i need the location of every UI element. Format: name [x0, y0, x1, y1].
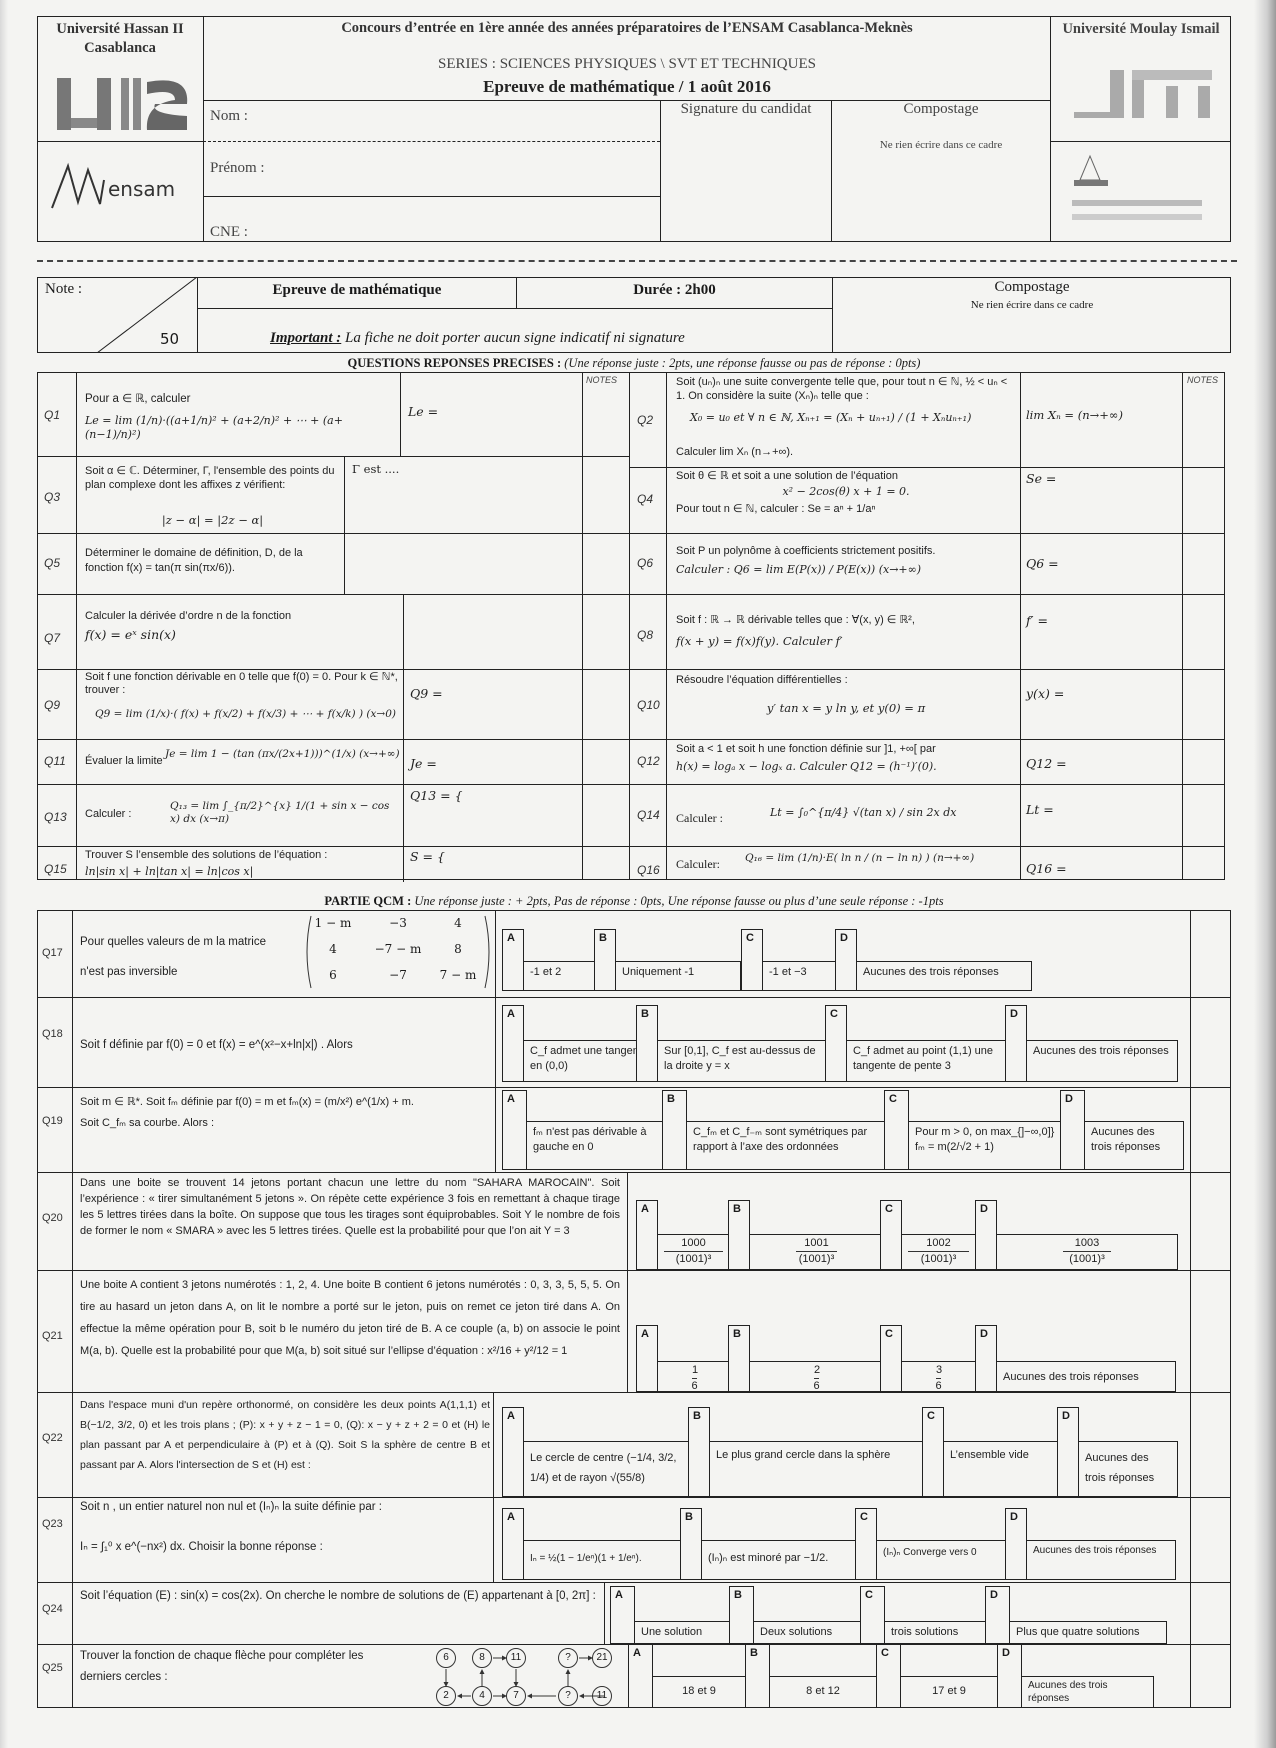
q8-text: Soit f : ℝ → ℝ dérivable telles que : ∀(…	[676, 613, 1016, 628]
q20-option-d: 1003(1001)³	[996, 1234, 1178, 1270]
q25-arrow-diagram: 6 8 11 ? 21 2 4 7 ? 11	[436, 1648, 616, 1708]
diagram-node: 11	[506, 1648, 526, 1668]
q20-option-c-checkbox[interactable]: C	[880, 1200, 902, 1270]
q17-option-b-checkbox[interactable]: B	[594, 929, 616, 991]
q23-option-c: (Iₙ)ₙ Converge vers 0	[876, 1540, 1008, 1580]
q2-text2: Calculer lim Xₙ (n→+∞).	[676, 445, 1006, 460]
nom-label: Nom :	[210, 108, 248, 125]
q22-option-a-checkbox[interactable]: A	[502, 1407, 524, 1497]
grade-subject: Epreuve de mathématique	[198, 282, 516, 299]
q20-option-b-checkbox[interactable]: B	[728, 1200, 750, 1270]
q7-formula: f(x) = eˣ sin(x)	[85, 627, 340, 642]
q17-matrix: 1 − m −3 4 4 −7 − m 8 6 −7 7 − m	[303, 912, 493, 992]
q10-formula: y′ tan x = y ln y, et y(0) = π	[676, 701, 1016, 716]
important-notice: Important : La fiche ne doit porter aucu…	[270, 330, 685, 347]
q4-answer-field[interactable]	[1024, 490, 1179, 530]
q13-answer-label: Q13 = {	[410, 788, 463, 803]
q24-option-b-checkbox[interactable]: B	[729, 1586, 754, 1644]
signature-label: Signature du candidat	[661, 101, 831, 118]
exam-subject-date: Epreuve de mathématique / 1 août 2016	[204, 77, 1050, 97]
q20-option-a-checkbox[interactable]: A	[636, 1200, 658, 1270]
q10-answer-label: y(x) =	[1026, 686, 1064, 701]
q17-option-c: -1 et −3	[762, 961, 836, 991]
q9-answer-label: Q9 =	[410, 686, 443, 701]
q2-formula: X₀ = u₀ et ∀ n ∈ ℕ, Xₙ₊₁ = (Xₙ + uₙ₊₁) /…	[690, 410, 1010, 425]
q22-option-a: Le cercle de centre (−1/4, 3/2, 1/4) et …	[523, 1441, 699, 1497]
q2-answer-field[interactable]	[1024, 430, 1179, 464]
q24-option-d: Plus que quatre solutions	[1009, 1621, 1167, 1644]
q13-formula: Q₁₃ = lim ∫_{π/2}^{x} 1/(1 + sin x − cos…	[170, 800, 400, 826]
q1-answer-field[interactable]	[450, 376, 578, 454]
q23-option-b: (Iₙ)ₙ est minoré par −1/2.	[701, 1540, 859, 1580]
q17-option-a-checkbox[interactable]: A	[502, 929, 524, 991]
q20-option-a: 1000(1001)³	[657, 1234, 730, 1270]
signature-field[interactable]	[665, 124, 827, 238]
cne-label: CNE :	[210, 224, 248, 241]
q5-answer-field[interactable]	[350, 538, 578, 590]
q19-option-c: Pour m > 0, on max_{]−∞,0]} fₘ = m(2/√2 …	[908, 1121, 1062, 1170]
q14-answer-field[interactable]	[1070, 790, 1178, 844]
q25-option-c-checkbox[interactable]: C	[876, 1644, 901, 1708]
q25-option-d-checkbox[interactable]: D	[997, 1644, 1022, 1708]
uh2-logo	[55, 74, 195, 136]
q21-option-c: 36	[901, 1361, 976, 1392]
q21-option-b-checkbox[interactable]: B	[728, 1325, 750, 1392]
note-label: Note :	[45, 281, 82, 298]
q4-formula: x² − 2cos(θ) x + 1 = 0.	[676, 484, 1016, 499]
q22-option-d: Aucunes des trois réponses	[1078, 1441, 1178, 1497]
q5-text: Déterminer le domaine de définition, D, …	[85, 546, 340, 576]
q23-option-b-checkbox[interactable]: B	[680, 1508, 702, 1580]
q17-text2: n'est pas inversible	[80, 965, 177, 980]
q6-answer-field[interactable]	[1070, 540, 1178, 590]
q18-option-c: C_f admet au point (1,1) une tangente de…	[846, 1040, 1006, 1082]
diagram-node: ?	[558, 1686, 578, 1706]
q22-option-c: L’ensemble vide	[943, 1441, 1073, 1497]
q15-text: Trouver S l’ensemble des solutions de l’…	[85, 848, 400, 863]
university-right: Université Moulay Ismail	[1051, 20, 1231, 39]
q14-text: Calculer :	[676, 811, 756, 826]
q21-option-b: 26	[749, 1361, 884, 1392]
qrp-title: QUESTIONS REPONSES PRECISES : (Une répon…	[37, 356, 1231, 371]
q21-text: Une boite A contient 3 jetons numérotés …	[80, 1274, 620, 1362]
q19-option-a: fₘ n'est pas dérivable à gauche en 0	[526, 1121, 670, 1170]
university-left: Université Hassan II Casablanca	[40, 20, 200, 58]
diagram-node: 2	[436, 1686, 456, 1706]
q19-option-d-checkbox[interactable]: D	[1060, 1090, 1085, 1170]
q6-text: Soit P un polynôme à coefficients strict…	[676, 544, 1016, 559]
compostage-note: Ne rien écrire dans ce cadre	[832, 139, 1050, 151]
q18-option-d: Aucunes des trois réponses	[1026, 1040, 1178, 1082]
q24-option-c: trois solutions	[884, 1621, 986, 1644]
q23-text2: Iₙ = ∫₁⁰ x e^(−nx²) dx. Choisir la bonne…	[80, 1540, 490, 1555]
q21-option-a: 16	[657, 1361, 732, 1392]
cut-line	[37, 260, 1237, 262]
prenom-field[interactable]	[280, 145, 655, 193]
diagram-node: 7	[506, 1686, 526, 1706]
q19-option-c-checkbox[interactable]: C	[884, 1090, 909, 1170]
q23-text: Soit n , un entier naturel non nul et (I…	[80, 1500, 490, 1515]
q23-option-d: Aucunes des trois réponses	[1026, 1540, 1176, 1580]
q1-text: Pour a ∈ ℝ, calculer	[85, 392, 395, 407]
qrp-title-label: QUESTIONS REPONSES PRECISES :	[348, 356, 562, 370]
svg-text:ensam: ensam	[108, 177, 175, 201]
nom-field[interactable]	[275, 102, 655, 138]
q16-answer-label: Q16 =	[1026, 861, 1067, 876]
q24-option-c-checkbox[interactable]: C	[860, 1586, 885, 1644]
qcm-title-label: PARTIE QCM :	[324, 894, 411, 908]
q25-text: Trouver la fonction de chaque flèche pou…	[80, 1646, 380, 1688]
q18-option-c-checkbox[interactable]: C	[825, 1005, 847, 1082]
q3-answer-label: Γ est ....	[352, 462, 399, 476]
q9-text: Soit f une fonction dérivable en 0 telle…	[85, 671, 400, 697]
q16-formula: Q₁₆ = lim (1/n)·E( ln n / (n − ln n) ) (…	[745, 852, 1015, 865]
q20-text: Dans une boite se trouvent 14 jetons por…	[80, 1175, 620, 1239]
compostage-label: Compostage	[832, 101, 1050, 118]
qcm-title: PARTIE QCM : Une réponse juste : + 2pts,…	[37, 894, 1231, 909]
q4-text: Soit θ ∈ ℝ et soit a une solution de l’é…	[676, 469, 1016, 483]
q22-text: Dans l'espace muni d'un repère orthonorm…	[80, 1395, 490, 1475]
q22-option-b: Le plus grand cercle dans la sphère	[709, 1441, 924, 1497]
q21-option-c-checkbox[interactable]: C	[880, 1325, 902, 1392]
q12-answer-label: Q12 =	[1026, 756, 1067, 771]
q9-formula: Q9 = lim (1/x)·( f(x) + f(x/2) + f(x/3) …	[95, 708, 400, 721]
q2-answer-label: lim Xₙ = (n→+∞)	[1026, 408, 1123, 422]
q25-option-a-checkbox[interactable]: A	[628, 1644, 653, 1708]
q18-option-b: Sur [0,1], C_f est au-dessus de la droit…	[657, 1040, 827, 1082]
prenom-label: Prénom :	[210, 160, 265, 177]
q25-option-d: Aucunes des trois réponses	[1021, 1676, 1154, 1708]
q7-answer-field[interactable]	[350, 598, 578, 666]
q25-option-a: 18 et 9	[652, 1676, 746, 1708]
q24-option-b: Deux solutions	[753, 1621, 863, 1644]
qrp-rules: (Une réponse juste : 2pts, une réponse f…	[561, 356, 920, 370]
q10-text: Résoudre l’équation différentielles :	[676, 673, 1016, 688]
q7-text: Calculer la dérivée d’ordre n de la fonc…	[85, 609, 340, 624]
q15-answer-label: S = {	[410, 849, 445, 864]
notes-header-left: NOTES	[586, 375, 617, 385]
diagram-node: 6	[436, 1648, 456, 1668]
q4-answer-label: Se =	[1026, 471, 1056, 486]
q17-option-d: Aucunes des trois réponses	[856, 961, 1032, 991]
q18-option-a-checkbox[interactable]: A	[502, 1005, 524, 1082]
q23-option-a-checkbox[interactable]: A	[502, 1508, 524, 1580]
exam-title: Concours d’entrée en 1ère année des anné…	[204, 20, 1050, 37]
q24-text: Soit l’équation (E) : sin(x) = cos(2x). …	[80, 1586, 600, 1607]
q11-answer-field[interactable]	[450, 742, 578, 782]
q19-option-b: C_fₘ et C_f₋ₘ sont symétriques par rappo…	[686, 1121, 904, 1170]
scan-edge-left	[0, 0, 8, 1748]
q6-formula: Calculer : Q6 = lim E(P(x)) / P(E(x)) (x…	[676, 562, 1016, 577]
umi-logo	[1070, 66, 1220, 122]
q18-option-d-checkbox[interactable]: D	[1005, 1005, 1027, 1082]
q1-formula: Le = lim (1/n)·((a+1/n)² + (a+2/n)² + ⋯ …	[85, 414, 395, 442]
q23-option-a: Iₙ = ½(1 − 1/eⁿ)(1 + 1/eⁿ).	[523, 1540, 683, 1580]
q24-option-a: Une solution	[634, 1621, 730, 1644]
q12-text: Soit a < 1 et soit h une fonction défini…	[676, 742, 1016, 757]
q13-answer-field[interactable]	[410, 806, 578, 844]
q8-formula: f(x + y) = f(x)f(y). Calculer f′	[676, 634, 1016, 649]
q19-text: Soit m ∈ ℝ*. Soit fₘ définie par f(0) = …	[80, 1095, 492, 1110]
q3-formula: |z − α| = |2z − α|	[85, 513, 340, 528]
q3-text: Soit α ∈ ℂ. Déterminer, Γ, l'ensemble de…	[85, 464, 340, 492]
q12-formula: h(x) = logₐ x − logₓ a. Calculer Q12 = (…	[676, 759, 1016, 774]
q8-answer-field[interactable]	[1055, 600, 1178, 666]
q12-answer-field[interactable]	[1080, 742, 1178, 782]
diagram-node: 4	[472, 1686, 492, 1706]
note-field[interactable]	[100, 300, 150, 340]
q17-option-c-checkbox[interactable]: C	[741, 929, 763, 991]
q21-option-d: Aucunes des trois réponses	[996, 1361, 1176, 1392]
q3-answer-field[interactable]	[350, 480, 578, 530]
diagram-node: 11	[592, 1686, 612, 1706]
q13-text: Calculer :	[85, 807, 165, 822]
q25-option-b-checkbox[interactable]: B	[745, 1644, 770, 1708]
q25-option-b: 8 et 12	[769, 1676, 877, 1708]
q22-option-d-checkbox[interactable]: D	[1057, 1407, 1079, 1497]
scan-edge-right	[1254, 0, 1276, 1748]
diagram-node: 8	[472, 1648, 492, 1668]
ensam-meknes-logo	[1066, 150, 1216, 230]
q20-option-b: 1001(1001)³	[749, 1234, 884, 1270]
q21-option-a-checkbox[interactable]: A	[636, 1325, 658, 1392]
grade-compostage-note: Ne rien écrire dans ce cadre	[833, 299, 1231, 311]
q17-option-d-checkbox[interactable]: D	[835, 929, 857, 991]
diagram-node: ?	[558, 1648, 578, 1668]
q6-answer-label: Q6 =	[1026, 556, 1059, 571]
q4-text2: Pour tout n ∈ ℕ, calculer : Se = aⁿ + 1/…	[676, 502, 1016, 517]
q25-option-c: 17 et 9	[900, 1676, 998, 1708]
q19-option-a-checkbox[interactable]: A	[502, 1090, 527, 1170]
ensam-logo: ensam	[48, 160, 198, 215]
q20-option-c: 1002(1001)³	[901, 1234, 976, 1270]
q24-option-a-checkbox[interactable]: A	[610, 1586, 635, 1644]
q15-answer-field[interactable]	[450, 850, 578, 878]
q10-answer-field[interactable]	[1075, 672, 1178, 736]
note-max: 50	[160, 330, 179, 348]
q16-answer-field[interactable]	[1075, 850, 1178, 878]
exam-series: SERIES : SCIENCES PHYSIQUES \ SVT ET TEC…	[204, 56, 1050, 73]
q11-answer-label: Je =	[410, 756, 437, 771]
q23-option-c-checkbox[interactable]: C	[855, 1508, 877, 1580]
q19-option-d: Aucunes des trois réponses	[1084, 1121, 1184, 1170]
q18-text: Soit f définie par f(0) = 0 et f(x) = e^…	[80, 1038, 490, 1053]
q17-text: Pour quelles valeurs de m la matrice	[80, 935, 266, 950]
cne-field[interactable]	[260, 200, 655, 240]
grade-compostage-label: Compostage	[833, 279, 1231, 296]
q14-answer-label: Lt =	[1026, 802, 1054, 817]
notes-header-right: NOTES	[1187, 375, 1218, 385]
q19-option-b-checkbox[interactable]: B	[662, 1090, 687, 1170]
q22-option-c-checkbox[interactable]: C	[922, 1407, 944, 1497]
q1-answer-label: Le =	[408, 404, 438, 419]
q14-formula: Lt = ∫₀^{π/4} √(tan x) / sin 2x dx	[770, 805, 1010, 820]
q24-option-d-checkbox[interactable]: D	[985, 1586, 1010, 1644]
q17-option-a: -1 et 2	[523, 961, 600, 991]
diagram-node: 21	[592, 1648, 612, 1668]
q15-formula: ln|sin x| + ln|tan x| = ln|cos x|	[85, 864, 400, 879]
q11-formula: Je = lim 1 − (tan (πx/(2x+1)))^(1/x) (x→…	[165, 748, 400, 761]
q22-option-b-checkbox[interactable]: B	[688, 1407, 710, 1497]
grade-duration: Durée : 2h00	[517, 282, 832, 299]
q19-text2: Soit C_fₘ sa courbe. Alors :	[80, 1116, 492, 1131]
q2-text: Soit (uₙ)ₙ une suite convergente telle q…	[676, 375, 1016, 403]
q16-text: Calculer:	[676, 857, 746, 872]
important-text: La fiche ne doit porter aucun signe indi…	[341, 330, 685, 346]
q23-option-d-checkbox[interactable]: D	[1005, 1508, 1027, 1580]
q9-answer-field[interactable]	[450, 672, 578, 736]
q8-answer-label: f′ =	[1026, 613, 1048, 628]
q17-option-b: Uniquement -1	[615, 961, 741, 991]
qcm-rules: Une réponse juste : + 2pts, Pas de répon…	[411, 894, 943, 908]
q11-text: Évaluer la limite	[85, 754, 165, 769]
q18-option-b-checkbox[interactable]: B	[636, 1005, 658, 1082]
important-label: Important :	[270, 330, 341, 346]
q21-option-d-checkbox[interactable]: D	[975, 1325, 997, 1392]
q20-option-d-checkbox[interactable]: D	[975, 1200, 997, 1270]
